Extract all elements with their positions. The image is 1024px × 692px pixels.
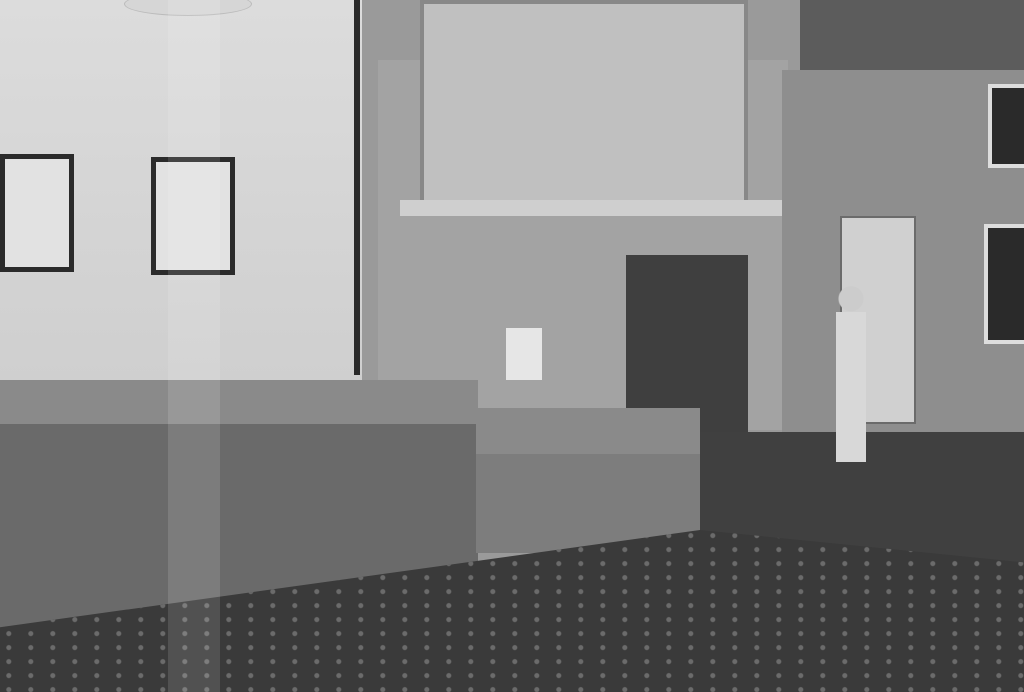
window-left bbox=[0, 154, 74, 272]
timber-frame bbox=[420, 0, 748, 213]
window-upper-right bbox=[988, 84, 1024, 168]
window-lower-right bbox=[984, 224, 1024, 344]
photo-scene bbox=[0, 0, 1024, 692]
dark-doorway bbox=[626, 255, 748, 433]
man-standing bbox=[826, 284, 876, 468]
slate-roof bbox=[800, 0, 1024, 72]
lintel-beam bbox=[400, 200, 820, 216]
drainpipe bbox=[354, 0, 360, 375]
posted-notice bbox=[506, 328, 542, 380]
light-leak bbox=[168, 0, 220, 692]
low-brick-wall bbox=[476, 408, 700, 553]
